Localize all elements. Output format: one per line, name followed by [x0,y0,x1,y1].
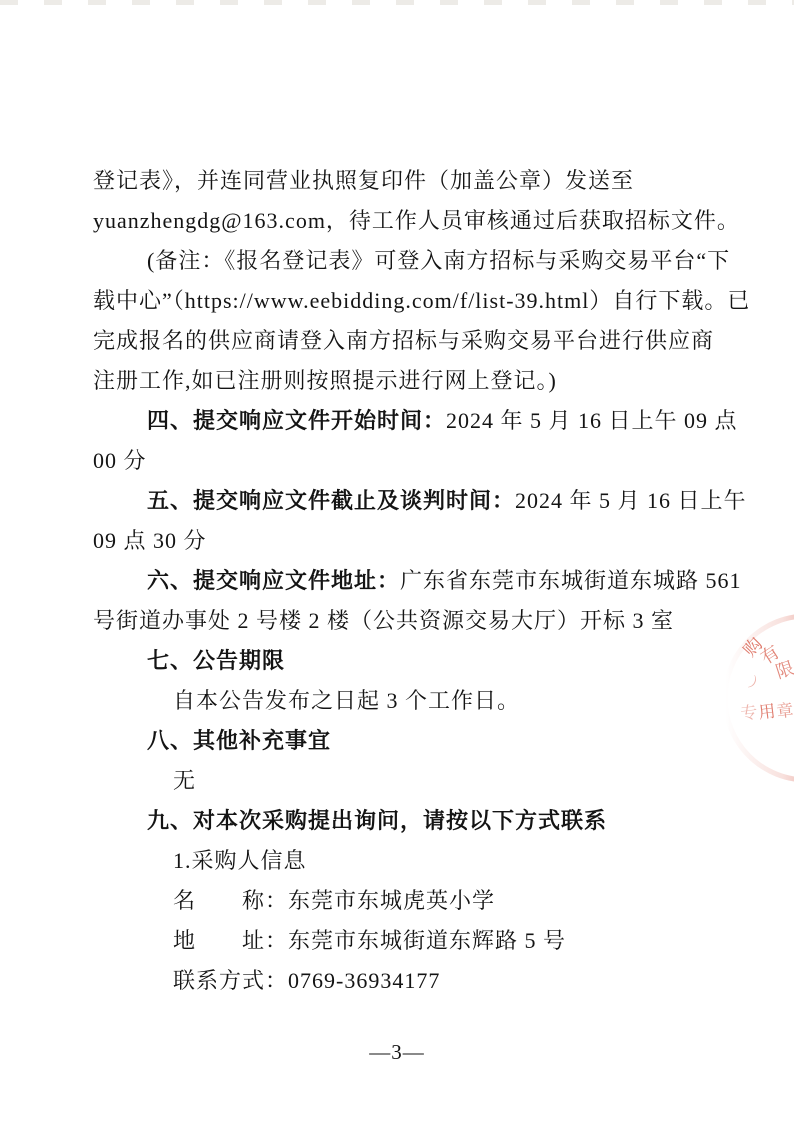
stamp-ring [725,616,794,780]
text-segment: 自本公告发布之日起 3 个工作日。 [173,688,520,713]
text-line: 名 称：东莞市东城虎英小学 [93,881,733,921]
stamp-character: 章 [776,702,794,721]
text-segment: 地 址：东莞市东城街道东辉路 5 号 [173,928,566,953]
text-line: 八、其他补充事宜 [93,721,733,761]
stamp-character: ） [746,676,766,696]
text-line: 自本公告发布之日起 3 个工作日。 [93,681,733,721]
text-line: 09 点 30 分 [93,521,733,561]
text-line: 五、提交响应文件截止及谈判时间：2024 年 5 月 16 日上午 [93,481,733,521]
text-segment: 09 点 30 分 [93,528,207,553]
heading-segment: 八、其他补充事宜 [147,728,331,753]
text-line: 注册工作,如已注册则按照提示进行网上登记。) [93,361,733,401]
text-line: 1.采购人信息 [93,841,733,881]
text-line: 登记表》，并连同营业执照复印件（加盖公章）发送至 [93,161,733,201]
heading-segment: 九、对本次采购提出询问，请按以下方式联系 [147,808,607,833]
text-line: 完成报名的供应商请登入南方招标与采购交易平台进行供应商 [93,321,733,361]
stamp-character: 用 [758,703,777,722]
text-segment: 无 [173,768,196,793]
heading-segment: 四、提交响应文件开始时间： [147,408,446,433]
text-segment: 2024 年 5 月 16 日上午 [515,488,747,513]
text-line: 号街道办事处 2 号楼 2 楼（公共资源交易大厅）开标 3 室 [93,601,733,641]
stamp-character: 购 [740,634,765,659]
scan-artifact-top [0,0,794,5]
text-line: (备注：《报名登记表》可登入南方招标与采购交易平台“下 [93,241,733,281]
document-body: 登记表》，并连同营业执照复印件（加盖公章）发送至yuanzhengdg@163.… [93,161,733,1001]
text-segment: 号街道办事处 2 号楼 2 楼（公共资源交易大厅）开标 3 室 [93,608,674,633]
text-segment: 载中心”（https://www.eebidding.com/f/list-39… [93,288,750,313]
text-segment: 00 分 [93,448,147,473]
text-line: 00 分 [93,441,733,481]
text-segment: 登记表》，并连同营业执照复印件（加盖公章）发送至 [93,168,634,193]
page-number: —3— [0,1040,794,1065]
stamp-character: 限 [774,659,794,682]
text-segment: 广东省东莞市东城街道东城路 561 [400,568,742,593]
stamp-character: 专 [740,704,759,723]
text-line: 地 址：东莞市东城街道东辉路 5 号 [93,921,733,961]
text-line: 联系方式：0769-36934177 [93,961,733,1001]
text-line: 九、对本次采购提出询问，请按以下方式联系 [93,801,733,841]
stamp-character: 有 [758,643,783,668]
text-segment: (备注：《报名登记表》可登入南方招标与采购交易平台“下 [147,248,730,273]
text-line: 六、提交响应文件地址：广东省东莞市东城街道东城路 561 [93,561,733,601]
text-line: 载中心”（https://www.eebidding.com/f/list-39… [93,281,733,321]
text-segment: 完成报名的供应商请登入南方招标与采购交易平台进行供应商 [93,328,714,353]
text-line: yuanzhengdg@163.com，待工作人员审核通过后获取招标文件。 [93,201,733,241]
text-segment: 1.采购人信息 [173,848,307,873]
text-segment: 2024 年 5 月 16 日上午 09 点 [446,408,738,433]
heading-segment: 六、提交响应文件地址： [147,568,400,593]
text-segment: 联系方式：0769-36934177 [173,968,440,993]
text-line: 四、提交响应文件开始时间：2024 年 5 月 16 日上午 09 点 [93,401,733,441]
text-segment: yuanzhengdg@163.com，待工作人员审核通过后获取招标文件。 [93,208,740,233]
text-segment: 注册工作,如已注册则按照提示进行网上登记。) [93,368,557,393]
text-line: 无 [93,761,733,801]
text-segment: 名 称：东莞市东城虎英小学 [173,888,495,913]
heading-segment: 七、公告期限 [147,648,285,673]
heading-segment: 五、提交响应文件截止及谈判时间： [147,488,515,513]
text-line: 七、公告期限 [93,641,733,681]
document-page: 登记表》，并连同营业执照复印件（加盖公章）发送至yuanzhengdg@163.… [0,0,794,1123]
